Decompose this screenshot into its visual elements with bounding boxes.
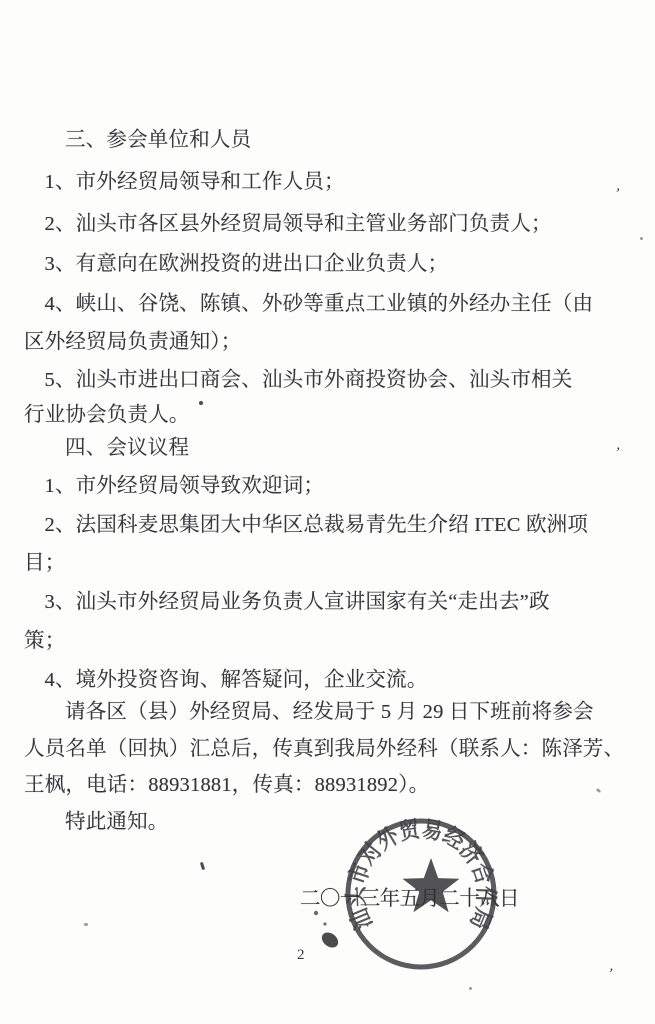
seal-text-ring: 汕头市对外贸易经济合作局 — [344, 816, 500, 933]
document-line: 1、市外经贸局领导致欢迎词； — [45, 474, 325, 498]
document-line: 四、会议议程 — [65, 436, 189, 460]
document-line: 三、参会单位和人员 — [65, 128, 251, 152]
document-line: 特此通知。 — [65, 810, 169, 834]
scan-speck — [199, 401, 203, 405]
document-line: 4、峡山、谷饶、陈镇、外砂等重点工业镇的外经办主任（由 — [45, 292, 594, 316]
seal-star-icon — [403, 858, 460, 912]
document-line: 1、市外经贸局领导和工作人员； — [45, 170, 345, 194]
document-line: 4、境外投资咨询、解答疑问，企业交流。 — [45, 668, 428, 692]
document-line: 5、汕头市进出口商会、汕头市外商投资协会、汕头市相关 — [45, 368, 573, 392]
official-seal: 汕头市对外贸易经济合作局 — [332, 812, 510, 984]
document-line: 人员名单（回执）汇总后，传真到我局外经科（联系人：陈泽芳、 — [24, 737, 624, 761]
document-line: 王枫，电话：88931881，传真：88931892）。 — [24, 773, 429, 797]
scan-speck: , — [616, 181, 622, 192]
ink-speck — [314, 911, 318, 915]
scan-speck — [469, 987, 472, 990]
scan-speck: , — [609, 961, 614, 971]
ink-blot — [319, 929, 341, 950]
ink-speck — [323, 922, 326, 925]
scan-speck — [84, 923, 88, 926]
document-line: 3、汕头市外经贸局业务负责人宣讲国家有关“走出去”政 — [45, 590, 550, 614]
document-line: 行业协会负责人。 — [24, 403, 190, 427]
document-line: 2、汕头市各区县外经贸局领导和主管业务部门负责人； — [45, 212, 552, 236]
scan-speck — [596, 788, 602, 794]
document-line: 请各区（县）外经贸局、经发局于 5 月 29 日下班前将参会 — [65, 700, 594, 724]
scan-speck — [640, 237, 643, 240]
page-number: 2 — [297, 947, 305, 964]
scanned-notice-page: 三、参会单位和人员1、市外经贸局领导和工作人员；2、汕头市各区县外经贸局领导和主… — [0, 0, 655, 1024]
document-line: 2、法国科麦思集团大中华区总裁易青先生介绍 ITEC 欧洲项 — [45, 513, 589, 537]
document-line: 目； — [24, 551, 65, 575]
document-line: 3、有意向在欧洲投资的进出口企业负责人； — [45, 252, 449, 276]
document-line: 区外经贸局负责通知）； — [24, 330, 241, 354]
scan-speck: , — [616, 440, 621, 450]
document-line: 策； — [24, 629, 65, 653]
scan-speck — [200, 862, 205, 871]
